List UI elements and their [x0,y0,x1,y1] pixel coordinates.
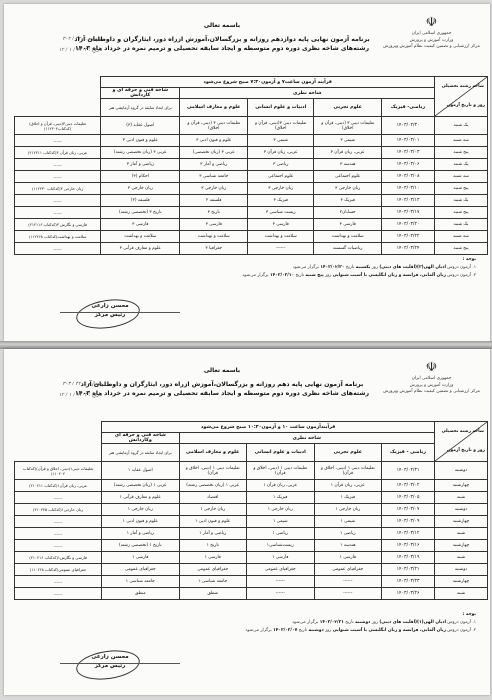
date-cell: ۱۴۰۳/۰۳/۰۵ [382,492,435,504]
ministry-header: ☫ جمهوری اسلامی ایران وزارت آموزش و پرور… [379,16,484,51]
lit-cell: ریاضی و آمار ۱ [179,528,246,540]
signature-block: محسن زارعی رئیس مرکز [70,653,150,671]
vocational-cell: زبان خارجی۱(کدکتاب ۲۱۰۲۴۵) [15,504,102,516]
emblem-icon: ☫ [379,361,484,375]
column-header-islamic: علوم و معارف اسلامی [180,99,248,117]
islamic-cell: عربی ۳ (زبان تخصصی رشته) [101,147,180,159]
table-row: چهارشنبه۱۴۰۳/۰۳/۲۳------------جامعه شناس… [15,576,488,588]
bio-cell: فیزیک ۳ [248,195,314,207]
notes-title: توجه : [146,256,476,264]
vocational-cell: ------ [15,588,102,600]
date-cell: ۱۴۰۳/۰۳/۲۲ [382,231,435,243]
day-cell: یک شنبه [435,117,488,135]
islamic-cell: احکام (۳) [101,171,180,183]
date-cell: ۱۴۰۳/۰۳/۰۷ [382,504,435,516]
date-cell: ۱۴۰۳/۰۳/۰۶ [382,159,435,171]
lit-cell: زبان خارجی ۱ [179,504,246,516]
table-row: شنبه۱۴۰۳/۰۳/۱۹فارسی ۱فارسی ۱فارسی ۱فارسی… [15,552,488,564]
bio-cell: ------ [246,576,314,588]
emblem-icon: ☫ [379,16,484,30]
table-row: سه شنبه۱۴۰۳/۰۳/۲۲سلامت و بهداشتسلامت و ب… [15,231,488,243]
vocational-subheader: برای ایجاد سابقه در گروه آزمایشی هنر [101,99,180,117]
bio-cell: شیمی ۱ [246,516,314,528]
islamic-cell: فارسی ۱ [102,552,179,564]
table-row: دوشنبه۱۴۰۳/۰۲/۳۱تعلیمات دینی ۱ (دینی، اخ… [15,462,488,480]
note-text: آزمون دروس [446,628,471,633]
math-cell: شیمی ۱ [314,516,381,528]
vocational-cell: ------ [15,540,102,552]
bio-cell: عربی، زبان قرآن ۳ [248,147,314,159]
vocational-cell: ------ [15,195,101,207]
islamic-cell: زبان خارجی ۱ [102,504,179,516]
date-cell: ۱۴۰۳/۰۳/۰۳ [382,147,435,159]
math-cell: ریاضی ۱ [314,528,381,540]
note-day: دوشنبه [355,620,370,625]
table-row: سه شنبه۱۴۰۳/۰۳/۰۱شیمی ۳شیمی ۳علوم و فنون… [15,135,488,147]
table-row: شنبه۱۴۰۳/۰۳/۰۵فیزیک ۱فیزیک ۱اقتصادعلوم و… [15,492,488,504]
ministry-header: ☫ جمهوری اسلامی ایران وزارت آموزش و پرور… [379,361,484,396]
math-cell: فیزیک ۱ [314,492,381,504]
lit-cell: عربی ۱ (زبان تخصصی رشته) [179,480,246,492]
math-cell: فیزیک ۳ [314,195,382,207]
islamic-cell: فلسفه (۲) [101,195,180,207]
number-label: شماره : [85,36,102,42]
lit-cell: جامعه شناسی ۱ [179,576,246,588]
title-line-2: رشته‌های شاخه نظری دوره دوم متوسطه و ایج… [72,389,372,398]
islamic-cell: عربی ۱ (زبان تخصصی رشته) [102,480,179,492]
math-cell: هندسه ۳ [314,159,382,171]
vocational-subheader: برای ایجاد سابقه در گروه آزمایشی هنر [102,444,179,462]
day-cell: یک شنبه [435,219,488,231]
bio-cell: جغرافیای عمومی [246,564,314,576]
lit-cell: منطق [179,588,246,600]
math-cell: سلامت و بهداشت [314,231,382,243]
table-row: یک شنبه۱۴۰۳/۰۳/۱۳فیزیک ۳فیزیک ۳فلسفه ۲فل… [15,195,488,207]
date-cell: ۱۴۰۳/۰۳/۰۲ [382,480,435,492]
math-cell: عربی، زبان قرآن ۳ [314,147,382,159]
math-cell: شیمی ۳ [314,135,382,147]
note-text: روز [370,265,379,270]
date-value: ۱۴۰۳ / ۱ / ۱۲ [59,392,88,398]
lit-cell: تعلیمات دینی ۱ (دینی، اخلاق و قرآن) [179,462,246,480]
note-date: ۱۴۰۳/۰۳/۰۷ [273,628,297,633]
islamic-cell: تاریخ ۱ (تخصصی رشته) [102,540,179,552]
vocational-cell: تعلیمات دینی۳(دینی، قرآن و اخلاق)(کدکتاب… [15,117,101,135]
lit-cell: فارسی ۳ [180,219,248,231]
islamic-cell: علوم و فنون ادبی ۱ [102,516,179,528]
day-cell: سه شنبه [435,135,488,147]
vocational-header: شاخه فنی و حرفه ای و کاردانش [101,88,180,99]
vocational-cell: ------ [15,171,101,183]
note-item: ۲. آزمون دروس زبان آلمانی، فرانسه و زبان… [146,272,476,280]
lit-cell: سلامت و بهداشت [180,231,248,243]
notes-section: توجه : ۱. آزمون دروس ادیان الهی(۱)(اقلیت… [146,611,476,635]
document-page-grade-12: ☫ جمهوری اسلامی ایران وزارت آموزش و پرور… [4,4,490,341]
reference-block: شماره : ۴۲۰ / ۳۰۲ تاریخ : ۱۴۰۳ / ۱ / ۱۲ [12,34,102,56]
signature-block: محسن زارعی رئیس مرکز [70,302,150,320]
note-subject: ادیان الهی(۳)(اقلیت های دینی) [379,265,446,270]
day-cell: دوشنبه [435,564,488,576]
vocational-cell: ------ [15,207,101,219]
vocational-cell: فارسی و نگارش۱(کدکتاب ۲۱۰۲۱۶) [15,552,102,564]
table-row: دوشنبه۱۴۰۳/۰۳/۲۱جغرافیای عمومیجغرافیای ع… [15,564,488,576]
note-item: ۱. آزمون دروس ادیان الهی(۳)(اقلیت های دی… [146,264,476,272]
note-text: روز [324,628,333,633]
day-cell: چهارشنبه [435,576,488,588]
corner-label-branch: شاخه رشته تحصیلی [442,84,484,89]
corner-label-branch: شاخه رشته تحصیلی [442,429,484,434]
document-title-block: باسمه تعالی برنامه آزمون نهایی پایه دواز… [72,22,372,53]
table-row: پنج شنبه۱۴۰۳/۰۳/۱۷حسابان۲زیست شناسی ۳تار… [15,207,488,219]
math-cell: ------ [314,576,381,588]
islamic-cell: جغرافیای عمومی [102,564,179,576]
table-row: پنج شنبه۱۴۰۳/۰۳/۲۴ریاضیات گسسته------جغر… [15,243,488,255]
note-number: ۱. [472,620,476,625]
date-cell: ۱۴۰۳/۰۳/۲۱ [382,564,435,576]
signature-line [60,312,180,313]
lit-cell: جغرافیا ۳ [180,243,248,255]
note-text: برگزار می‌شود [293,265,321,270]
day-cell: چهارشنبه [435,516,488,528]
islamic-cell: علوم و فنون ادبی ۳ [101,135,180,147]
date-label: تاریخ : [89,47,102,53]
math-cell: ریاضیات گسسته [314,243,382,255]
note-date: ۱۴۰۳/۰۲/۳۰ [320,265,344,270]
notes-section: توجه : ۱. آزمون دروس ادیان الهی(۳)(اقلیت… [146,256,476,280]
date-cell: ۱۴۰۳/۰۳/۲۰ [382,219,435,231]
corner-label-date: روز و تاریخ آزمون [447,448,485,453]
vocational-cell: زبان خارجی ۳(کدکتاب ۱۱۲۲۳۰) [15,183,101,195]
bio-cell: زیست شناسی ۳ [248,207,314,219]
vocational-cell: ------ [15,516,102,528]
note-text: تاریخ [297,628,308,633]
day-cell: شنبه [435,492,488,504]
note-item: ۲. آزمون دروس زبان آلمانی، فرانسه و زبان… [146,627,476,635]
math-cell: زبان خارجی ۱ [314,504,381,516]
date-cell: ۱۴۰۳/۰۳/۱۶ [382,540,435,552]
islamic-cell: ریاضی و آمار ۳ [101,159,180,171]
islamic-cell: اصول عقاید (۳) [101,117,180,135]
title-line-2: رشته‌های شاخه نظری دوره دوم متوسطه و ایج… [72,44,372,53]
day-cell: چهارشنبه [435,480,488,492]
lit-cell: جغرافیای عمومی [179,564,246,576]
vocational-cell: ------ [15,135,101,147]
math-cell: هندسه ۱ [314,540,381,552]
vocational-cell: عربی، زبان قرآن ۳(کدکتاب ۲۱۲۲۱۱) [15,147,101,159]
process-header: فرآیند آزمون ساعت۷ و آزمون۷:۳۰ صبح شروع … [101,77,435,88]
day-cell: دوشنبه [435,462,488,480]
note-number: ۲. [472,628,476,633]
bio-cell: فارسی ۳ [248,219,314,231]
math-cell: فارسی ۱ [314,552,381,564]
note-number: ۲. [472,273,476,278]
bio-cell: ریاضی ۳ [248,159,314,171]
lit-cell: فلسفه ۲ [180,195,248,207]
lit-cell: تعلیمات دینی ۳ (دینی، قرآن و اخلاق) [180,117,248,135]
note-number: ۱. [472,265,476,270]
table-row: چهارشنبه۱۴۰۳/۰۳/۱۶هندسه ۱زیست‌شناسی۱تاری… [15,540,488,552]
bio-cell: ریاضی ۱ [246,528,314,540]
process-header: فرآیندآزمون ساعت ۱۰ و آزمون۱۰:۳۰ صبح شرو… [102,422,435,433]
note-subject: ادیان الهی(۱)(اقلیت های دینی) [379,620,446,625]
exam-schedule-table: شاخه رشته تحصیلی روز و تاریخ آزمون فرآین… [14,421,488,600]
lit-cell: فارسی ۱ [179,552,246,564]
column-header-math: ریاضی- فیزیک [382,99,435,117]
date-cell: ۱۴۰۳/۰۳/۰۱ [382,135,435,147]
islamic-cell: اصول عقاید ۱ [102,462,179,480]
table-row: یک شنبه۱۴۰۳/۰۳/۰۶هندسه ۳ریاضی ۳ریاضی و آ… [15,159,488,171]
math-cell: علوم اجتماعی [314,171,382,183]
bio-cell: ------ [246,588,314,600]
table-row: پنج شنبه۱۴۰۳/۰۳/۱۰زبان خارجی ۳زبان خارجی… [15,183,488,195]
bio-cell: شیمی ۳ [248,135,314,147]
date-cell: ۱۴۰۳/۰۳/۲۴ [382,243,435,255]
day-cell: شنبه [435,528,488,540]
org-line-3: مرکز ارزشیابی و تضمین کیفیت نظام آموزش و… [379,389,484,396]
bio-cell: علوم اجتماعی [248,171,314,183]
table-row: شنبه۱۴۰۳/۰۳/۲۶------------منطقمنطق------ [15,588,488,600]
date-cell: ۱۴۰۳/۰۳/۰۹ [382,516,435,528]
table-row: چهارشنبه۱۴۰۳/۰۳/۰۹شیمی ۱شیمی ۱علوم و فنو… [15,516,488,528]
math-cell: حسابان۲ [314,207,382,219]
note-day: دوشنبه [309,628,324,633]
note-text: روز [370,620,379,625]
day-cell: پنج شنبه [435,147,488,159]
table-row: پنج شنبه۱۴۰۳/۰۳/۰۳عربی، زبان قرآن ۳عربی،… [15,147,488,159]
islamic-cell: سلامت و بهداشت [101,231,180,243]
islamic-cell: علوم و معارف قرآنی ۱ [102,492,179,504]
bio-cell: زبان خارجی ۳ [248,183,314,195]
date-cell: ۱۴۰۳/۰۳/۱۲ [382,528,435,540]
diagonal-line-icon [435,77,487,116]
math-cell: ------ [314,588,381,600]
vocational-header: شاخه فنی و حرفه ای وکاردانش [102,433,179,444]
date-cell: ۱۴۰۳/۰۳/۲۳ [382,576,435,588]
reference-block: شماره : ۴۲۰ / ۳۰۳ تاریخ : ۱۴۰۳ / ۱ / ۱۲ [12,379,102,401]
day-cell: یک شنبه [435,159,488,171]
note-text: تاریخ [344,620,355,625]
column-header-math: ریاضی - فیزیک [382,444,435,462]
note-date: ۱۴۰۳/۰۲/۳۱ [320,620,344,625]
vocational-cell: تعلیمات دینی۱(دینی، اخلاق و قرآن)(کدکتاب… [15,462,102,480]
note-text: آزمون دروس [446,620,471,625]
date-cell: ۱۴۰۳/۰۳/۱۹ [382,552,435,564]
column-header-lit: ادبیات و علوم انسانی [246,444,314,462]
math-cell: عربی، زبان قرآن ۱ [314,480,381,492]
note-text: روز [324,273,333,278]
vocational-cell: ------ [15,159,101,171]
branch-header: شاخه نظری [179,433,435,444]
note-day: یکشنبه [356,265,371,270]
column-header-islamic: علوم و معارف اسلامی [179,444,246,462]
vocational-cell: سلامت و بهداشت(کدکتاب ۱۱۲۲۶۸) [15,231,101,243]
day-cell: دوشنبه [435,504,488,516]
signature-line [60,663,180,664]
table-row: یک شنبه۱۴۰۳/۰۲/۳۰تعلیمات دینی ۳ (دینی، ق… [15,117,488,135]
vocational-cell: ------ [15,492,102,504]
column-header-bio: علوم تجربی [314,99,382,117]
vocational-cell: عربی، زبان قرآن۱(کدکتاب ۲۱۰۲۱۱) [15,480,102,492]
table-corner-cell: شاخه رشته تحصیلی روز و تاریخ آزمون [435,77,488,117]
title-line-1: برنامه آزمون نهایی پایه دوازدهم روزانه و… [72,35,372,44]
lit-cell: عربی ۳ (زبان تخصصی) [180,147,248,159]
note-text: تاریخ [344,265,355,270]
islamic-cell: ریاضی و آمار ۱ [102,528,179,540]
table-row: دوشنبه۱۴۰۳/۰۳/۰۷زبان خارجی ۱زبان خارجی ۱… [15,504,488,516]
day-cell: چهارشنبه [435,540,488,552]
exam-schedule-table: شاخه رشته تحصیلی روز و تاریخ آزمون فرآین… [14,76,488,255]
date-label: تاریخ : [89,392,102,398]
day-cell: سه شنبه [435,231,488,243]
day-cell: سه شنبه [435,171,488,183]
column-header-lit: ادبیات و علوم انسانی [248,99,314,117]
note-text: برگزار می‌شود [242,273,270,278]
bismillah: باسمه تعالی [72,22,372,29]
date-cell: ۱۴۰۳/۰۳/۰۸ [382,171,435,183]
math-cell: تعلیمات دینی ۱ (دینی، اخلاق و قرآن) [314,462,381,480]
number-value: ۴۲۰ / ۳۰۲ [62,36,83,42]
lit-cell: اقتصاد [179,492,246,504]
lit-cell: زبان خارجی ۳ [180,183,248,195]
vocational-cell: فارسی و نگارش ۳(کدکتاب ۲۱۲۱۱۶) [15,219,101,231]
note-text: تاریخ [294,273,305,278]
page-separator [0,341,492,349]
lit-cell: ریاضی و آمار ۳ [180,159,248,171]
islamic-cell: علوم و معارف قرآنی ۳ [101,243,180,255]
date-cell: ۱۴۰۳/۰۳/۱۰ [382,183,435,195]
notes-title: توجه : [146,611,476,619]
table-row: چهارشنبه۱۴۰۳/۰۳/۰۲عربی، زبان قرآن ۱عربی،… [15,480,488,492]
bio-cell: فیزیک ۱ [246,492,314,504]
math-cell: زبان خارجی ۳ [314,183,382,195]
note-day: پنج شنبه [305,273,323,278]
islamic-cell: فارسی ۳ [101,219,180,231]
bio-cell: سلامت و بهداشت [248,231,314,243]
note-text: برگزار می‌شود [245,628,273,633]
note-item: ۱. آزمون دروس ادیان الهی(۱)(اقلیت های دی… [146,619,476,627]
table-row: سه شنبه۱۴۰۳/۰۳/۰۸علوم اجتماعیعلوم اجتماع… [15,171,488,183]
day-cell: پنج شنبه [435,207,488,219]
bismillah: باسمه تعالی [72,367,372,374]
islamic-cell: جامعه شناسی ۱ [102,576,179,588]
islamic-cell: زبان خارجی ۳ [101,183,180,195]
table-corner-cell: شاخه رشته تحصیلی روز و تاریخ آزمون [435,422,488,462]
date-cell: ۱۴۰۳/۰۲/۳۱ [382,462,435,480]
bio-cell: زیست‌شناسی۱ [246,540,314,552]
branch-header: شاخه نظری [180,88,435,99]
lit-cell: تاریخ ۳ [180,207,248,219]
date-cell: ۱۴۰۳/۰۳/۲۶ [382,588,435,600]
note-date: ۱۴۰۳/۰۳/۱۰ [270,273,294,278]
day-cell: شنبه [435,552,488,564]
day-cell: یک شنبه [435,195,488,207]
lit-cell: تاریخ ۱ [179,540,246,552]
note-text: آزمون دروس [446,273,471,278]
bio-cell: تعلیمات دینی ۳(دینی، قرآن و اخلاق) [248,117,314,135]
islamic-cell: تاریخ ۳ (تخصصی رشته) [101,207,180,219]
org-line-3: مرکز ارزشیابی و تضمین کیفیت نظام آموزش و… [379,44,484,51]
number-value: ۴۲۰ / ۳۰۳ [62,381,83,387]
lit-cell: علوم و فنون ادبی ۱ [179,516,246,528]
lit-cell: جامعه شناسی ۳ [180,171,248,183]
diagonal-line-icon [435,422,487,461]
bio-cell: عربی، زبان قرآن ۱ [246,480,314,492]
day-cell: پنج شنبه [435,183,488,195]
islamic-cell: منطق [102,588,179,600]
bio-cell: ------ [248,243,314,255]
math-cell: تعلیمات دینی ۳ (دینی، قرآن و اخلاق) [314,117,382,135]
date-value: ۱۴۰۳ / ۱ / ۱۲ [59,47,88,53]
document-page-grade-10: ☫ جمهوری اسلامی ایران وزارت آموزش و پرور… [4,349,490,695]
bio-cell: تعلیمات دینی ۱ (دینی، اخلاق و قرآن) [246,462,314,480]
title-line-1: برنامه آزمون نهایی پایه دهم روزانه و بزر… [72,380,372,389]
vocational-cell: جغرافیای عمومی(کدکتاب ۱۱۰۲۶۸) [15,564,102,576]
note-subject: زبان آلمانی، فرانسه و زبان انگلیسی با آس… [333,273,446,278]
date-cell: ۱۴۰۳/۰۳/۱۳ [382,195,435,207]
vocational-cell: ------ [15,243,101,255]
day-cell: پنج شنبه [435,243,488,255]
corner-label-date: روز و تاریخ آزمون [447,103,485,108]
note-text: برگزار می‌شود [292,620,320,625]
date-cell: ۱۴۰۳/۰۲/۳۰ [382,117,435,135]
math-cell: فارسی ۳ [314,219,382,231]
math-cell: جغرافیای عمومی [314,564,381,576]
date-cell: ۱۴۰۳/۰۳/۱۷ [382,207,435,219]
column-header-bio: علوم تجربی [314,444,381,462]
bio-cell: زبان خارجی ۱ [246,504,314,516]
lit-cell: علوم و فنون ادبی ۳ [180,135,248,147]
note-text: آزمون دروس [446,265,471,270]
table-row: یک شنبه۱۴۰۳/۰۳/۲۰فارسی ۳فارسی ۳فارسی ۳فا… [15,219,488,231]
note-subject: زبان آلمانی، فرانسه و زبان انگلیسی با آس… [333,628,446,633]
table-row: شنبه۱۴۰۳/۰۳/۱۲ریاضی ۱ریاضی ۱ریاضی و آمار… [15,528,488,540]
document-title-block: باسمه تعالی برنامه آزمون نهایی پایه دهم … [72,367,372,398]
day-cell: شنبه [435,588,488,600]
number-label: شماره : [85,381,102,387]
vocational-cell: ------ [15,528,102,540]
bio-cell: فارسی ۱ [246,552,314,564]
vocational-cell: ------ [15,576,102,588]
